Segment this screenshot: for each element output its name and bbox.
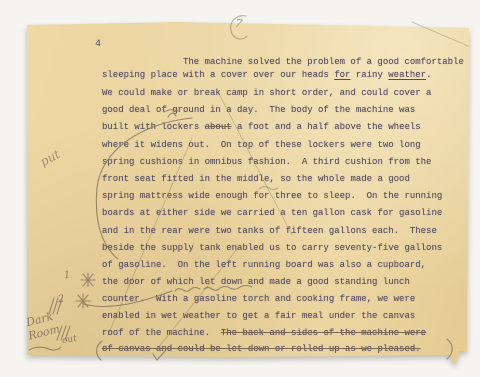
underlined-text: weather <box>388 70 426 80</box>
typescript-line: boards at either side we carried a ten g… <box>102 208 442 219</box>
typescript-line: where it widens out. On top of these loc… <box>102 140 421 151</box>
page-number: 4 <box>95 39 101 50</box>
typescript-line: beside the supply tank enabled us to car… <box>102 243 442 254</box>
typescript-line: counter. With a gasoline torch and cooki… <box>102 294 415 305</box>
typed-text: good deal of ground in a day. The body o… <box>102 105 415 115</box>
struck-text: of canvas and could be let down or rolle… <box>102 344 421 354</box>
typed-text: rainy <box>350 70 388 80</box>
scanned-page: The machine solved the problem of a good… <box>0 0 480 377</box>
typed-text: front seat fitted in the middle, so the … <box>102 174 410 184</box>
typescript-line: We could make or break camp in short ord… <box>102 88 431 99</box>
typed-text: enabled in wet weather to get a fair mea… <box>102 311 415 321</box>
typescript-line: of canvas and could be let down or rolle… <box>102 344 421 355</box>
typescript-line: spring mattress wide enough for three to… <box>102 191 442 202</box>
typescript-line: spring cushions in omnibus fashion. A th… <box>102 157 431 168</box>
margin-item-number-2: 2 <box>57 294 65 306</box>
typescript-line: good deal of ground in a day. The body o… <box>102 105 415 116</box>
margin-item-number-1: 1 <box>63 270 71 282</box>
typed-text: roof of the machine. <box>102 328 221 338</box>
typed-text: spring cushions in omnibus fashion. A th… <box>102 157 431 167</box>
typescript-line: built with lockers about a foot and a ha… <box>102 122 421 133</box>
typed-text: counter. With a gasoline torch and cooki… <box>102 294 415 304</box>
typed-text: and in the rear were two tanks of fiftee… <box>102 226 437 236</box>
typescript-line: enabled in wet weather to get a fair mea… <box>102 311 415 322</box>
typescript-line: front seat fitted in the middle, so the … <box>102 174 410 185</box>
typed-text: We could make or break camp in short ord… <box>102 88 431 98</box>
typed-text: beside the supply tank enabled us to car… <box>102 243 442 253</box>
typescript-line: roof of the machine. The back and sides … <box>102 328 426 339</box>
typed-text: boards at either side we carried a ten g… <box>102 208 442 218</box>
typescript-line: The machine solved the problem of a good… <box>183 57 464 68</box>
typed-text: . <box>426 70 431 80</box>
typescript-line: and in the rear were two tanks of fiftee… <box>102 226 437 237</box>
struck-text: The back and sides of the machine were <box>221 328 426 338</box>
typed-text: built with lockers <box>102 122 205 132</box>
underlined-text: for <box>334 70 350 80</box>
typescript-line: sleeping place with a cover over our hea… <box>102 70 431 81</box>
typescript-line: of gasoline. On the left running board w… <box>102 260 426 271</box>
typed-text: spring mattress wide enough for three to… <box>102 191 442 201</box>
typed-text: the door of which let down and made a go… <box>102 277 410 287</box>
typed-text: of gasoline. On the left running board w… <box>102 260 426 270</box>
typed-text: sleeping place with a cover over our hea… <box>102 70 334 80</box>
typed-text: where it widens out. On top of these loc… <box>102 140 421 150</box>
typed-text: a foot and a half above the wheels <box>232 122 421 132</box>
struck-text: about <box>205 122 232 132</box>
typed-text: The machine solved the problem of a good… <box>183 57 464 67</box>
typescript-line: the door of which let down and made a go… <box>102 277 410 288</box>
